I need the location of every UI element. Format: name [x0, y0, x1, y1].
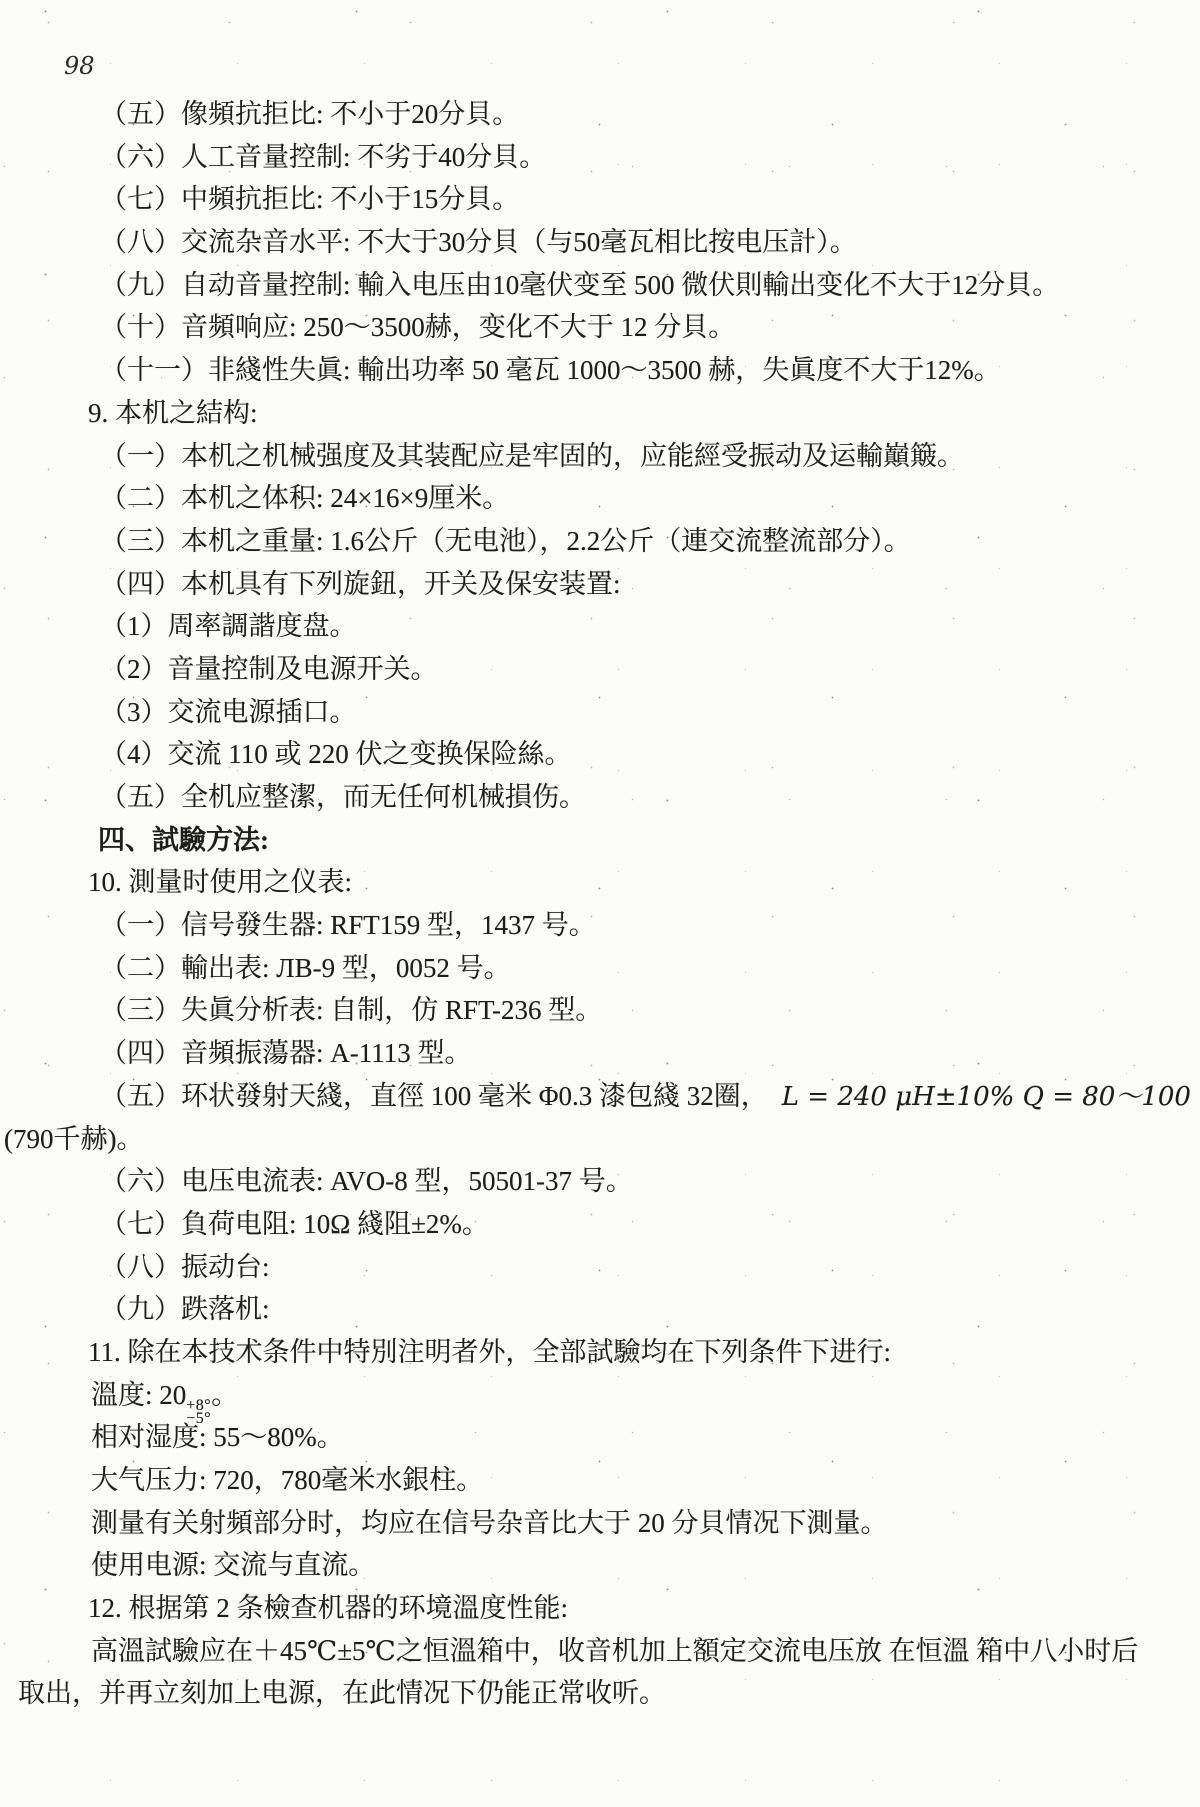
document-page: 98 （五）像頻抗拒比: 不小于20分貝。 （六）人工音量控制: 不劣于40分貝…	[0, 0, 1200, 1807]
spec-item-agc: （九）自动音量控制: 輸入电压由10毫伏变至 500 微伏則輸出变化不大于12分…	[0, 271, 1200, 300]
structure-item-3: （三）本机之重量: 1.6公斤（无电池），2.2公斤（連交流整流部分）。	[0, 527, 1200, 556]
pressure-line: 大气压力: 720，780毫米水銀柱。	[0, 1466, 1200, 1495]
temperature-line: 溫度: 20+8°−5°。	[0, 1381, 1200, 1410]
knob-item-3: （3）交流电源插口。	[0, 698, 1200, 727]
rf-measurement-note: 測量有关射頻部分时，均应在信号杂音比大于 20 分貝情况下測量。	[0, 1509, 1200, 1538]
spec-item-audio-response: （十）音頻响应: 250～3500赫，变化不大于 12 分貝。	[0, 313, 1200, 342]
antenna-formula: L = 240 μH±10% Q = 80～100	[768, 1082, 1191, 1112]
instrument-item-5-antenna: （五）环状發射天綫，直徑 100 毫米 Φ0.3 漆包綫 32圈，L = 240…	[0, 1082, 1200, 1111]
temperature-prefix: 溫度: 20	[91, 1380, 186, 1410]
structure-item-2: （二）本机之体积: 24×16×9厘米。	[0, 484, 1200, 513]
spec-item-if-rejection: （七）中頻抗拒比: 不小于15分貝。	[0, 185, 1200, 214]
instrument-item-4: （四）音頻振蕩器: A-1113 型。	[0, 1039, 1200, 1068]
section-9-structure: 9. 本机之結构:	[0, 399, 1200, 428]
high-temp-test-continuation: 取出，并再立刻加上电源，在此情况下仍能正常收听。	[0, 1679, 1200, 1708]
page-number: 98	[64, 52, 95, 80]
instrument-item-6: （六）电压电流表: AVO-8 型，50501-37 号。	[0, 1167, 1200, 1196]
section-10-instruments: 10. 測量时使用之仪表:	[0, 868, 1200, 897]
spec-item-video-rejection: （五）像頻抗拒比: 不小于20分貝。	[0, 100, 1200, 129]
knob-item-2: （2）音量控制及电源开关。	[0, 655, 1200, 684]
temperature-suffix: 。	[211, 1380, 238, 1410]
instrument-item-1: （一）信号發生器: RFT159 型，1437 号。	[0, 911, 1200, 940]
spec-item-ac-noise: （八）交流杂音水平: 不大于30分貝（与50毫瓦相比按电压計）。	[0, 228, 1200, 257]
power-source-line: 使用电源: 交流与直流。	[0, 1551, 1200, 1580]
instrument-item-8: （八）振动台:	[0, 1253, 1200, 1282]
spec-item-manual-volume: （六）人工音量控制: 不劣于40分貝。	[0, 143, 1200, 172]
structure-item-4: （四）本机具有下列旋鈕，开关及保安装置:	[0, 570, 1200, 599]
antenna-frequency-continuation: (790千赫)。	[0, 1125, 1200, 1154]
section-heading-test-methods: 四、試驗方法:	[0, 826, 1200, 855]
section-12-temperature-check: 12. 根据第 2 条檢查机器的环境溫度性能:	[0, 1594, 1200, 1623]
high-temp-test-line: 高溫試驗应在＋45℃±5℃之恒溫箱中，收音机加上額定交流电压放 在恒溫 箱中八小…	[0, 1637, 1200, 1666]
knob-item-4: （4）交流 110 或 220 伏之变换保险絲。	[0, 740, 1200, 769]
antenna-text: （五）环状發射天綫，直徑 100 毫米 Φ0.3 漆包綫 32圈，	[100, 1081, 768, 1111]
structure-item-5: （五）全机应整潔，而无任何机械損伤。	[0, 783, 1200, 812]
instrument-item-7: （七）負荷电阻: 10Ω 綫阻±2%。	[0, 1210, 1200, 1239]
instrument-item-9: （九）跌落机:	[0, 1295, 1200, 1324]
spec-item-nonlinear-distortion: （十一）非綫性失眞: 輸出功率 50 毫瓦 1000～3500 赫，失眞度不大于…	[0, 356, 1200, 385]
temperature-tolerance: +8°−5°	[186, 1399, 211, 1425]
humidity-line: 相对湿度: 55～80%。	[0, 1423, 1200, 1452]
knob-item-1: （1）周率調諧度盘。	[0, 612, 1200, 641]
instrument-item-3: （三）失眞分析表: 自制，仿 RFT-236 型。	[0, 996, 1200, 1025]
structure-item-1: （一）本机之机械强度及其装配应是牢固的，应能經受振动及运輸巔簸。	[0, 442, 1200, 471]
section-11-conditions: 11. 除在本技术条件中特別注明者外，全部試驗均在下列条件下进行:	[0, 1338, 1200, 1367]
instrument-item-2: （二）輸出表: ЛВ-9 型，0052 号。	[0, 954, 1200, 983]
